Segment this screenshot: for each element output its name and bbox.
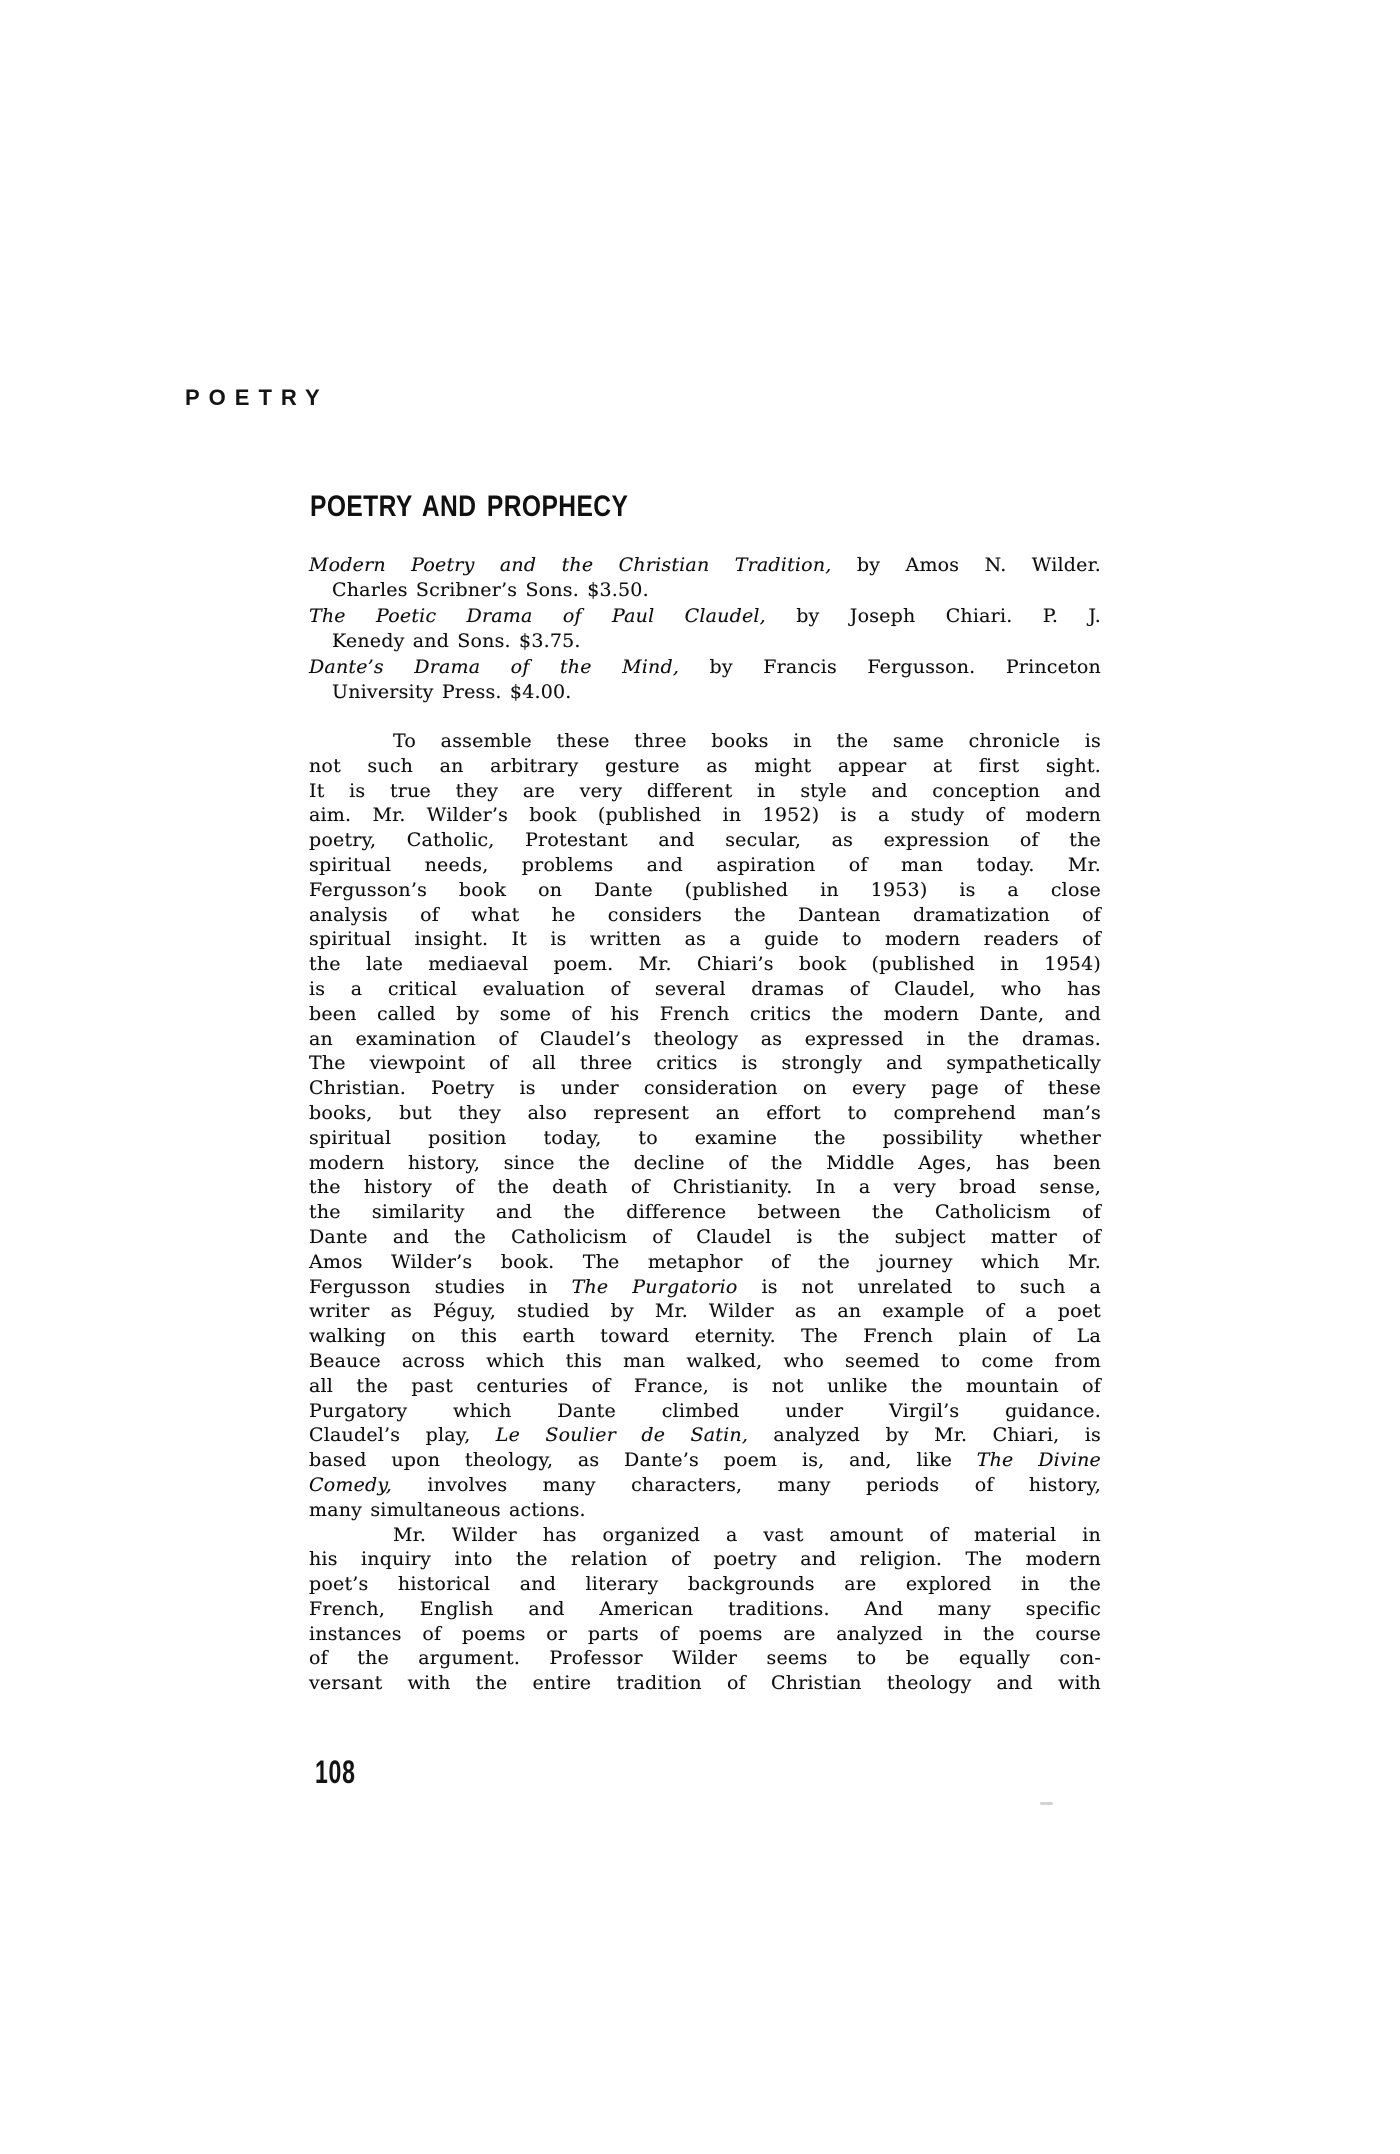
text-segment: Beauce across which this man walked, who…	[309, 1350, 1101, 1372]
citation-list: Modern Poetry and the Christian Traditio…	[309, 553, 1101, 705]
text-line: French, English and American traditions.…	[309, 1597, 1101, 1622]
text-segment: the late mediaeval poem. Mr. Chiari’s bo…	[309, 953, 1101, 975]
text-line: The viewpoint of all three critics is st…	[309, 1051, 1101, 1076]
text-segment: is not unrelated to such a	[738, 1276, 1101, 1298]
text-segment: spiritual insight. It is written as a gu…	[309, 928, 1101, 950]
text-segment: been called by some of his French critic…	[309, 1003, 1101, 1025]
text-line: analysis of what he considers the Dantea…	[309, 903, 1101, 928]
text-segment: many simultaneous actions.	[309, 1499, 586, 1521]
text-line: the similarity and the difference betwee…	[309, 1200, 1101, 1225]
text-segment: writer as Péguy, studied by Mr. Wilder a…	[309, 1300, 1101, 1322]
text-segment: not such an arbitrary gesture as might a…	[309, 755, 1101, 777]
text-line: Kenedy and Sons. $3.75.	[309, 629, 1101, 654]
text-line: poetry, Catholic, Protestant and secular…	[309, 828, 1101, 853]
body-text: To assemble these three books in the sam…	[309, 729, 1101, 1696]
text-line: an examination of Claudel’s theology as …	[309, 1027, 1101, 1052]
text-segment: Purgatory which Dante climbed under Virg…	[309, 1400, 1101, 1422]
text-segment: poet’s historical and literary backgroun…	[309, 1573, 1101, 1595]
running-head: POETRY	[185, 387, 329, 409]
text-line: been called by some of his French critic…	[309, 1002, 1101, 1027]
text-segment: books, but they also represent an effort…	[309, 1102, 1101, 1124]
text-line: his inquiry into the relation of poetry …	[309, 1547, 1101, 1572]
scanned-page: POETRY POETRY AND PROPHECY Modern Poetry…	[0, 0, 1400, 2154]
text-segment: aim. Mr. Wilder’s book (published in 195…	[309, 804, 1101, 826]
text-line: books, but they also represent an effort…	[309, 1101, 1101, 1126]
italic-segment: The Purgatorio	[572, 1276, 738, 1298]
text-line: all the past centuries of France, is not…	[309, 1374, 1101, 1399]
text-line: Comedy, involves many characters, many p…	[309, 1473, 1101, 1498]
text-line: Charles Scribner’s Sons. $3.50.	[309, 578, 1101, 603]
text-line: The Poetic Drama of Paul Claudel, by Jos…	[309, 604, 1101, 629]
text-line: Dante’s Drama of the Mind, by Francis Fe…	[309, 655, 1101, 680]
paragraph: To assemble these three books in the sam…	[309, 729, 1101, 1523]
text-segment: Amos Wilder’s book. The metaphor of the …	[309, 1251, 1101, 1273]
italic-segment: The Divine	[977, 1449, 1101, 1471]
text-segment: Fergusson’s book on Dante (published in …	[309, 879, 1101, 901]
text-line: spiritual position today, to examine the…	[309, 1126, 1101, 1151]
text-line: It is true they are very different in st…	[309, 779, 1101, 804]
text-segment: is a critical evaluation of several dram…	[309, 978, 1101, 1000]
italic-segment: Le Soulier de Satin,	[496, 1424, 748, 1446]
text-line: Amos Wilder’s book. The metaphor of the …	[309, 1250, 1101, 1275]
text-segment: The viewpoint of all three critics is st…	[309, 1052, 1101, 1074]
text-line: University Press. $4.00.	[309, 680, 1101, 705]
text-line: modern history, since the decline of the…	[309, 1151, 1101, 1176]
text-line: To assemble these three books in the sam…	[309, 729, 1101, 754]
text-segment: modern history, since the decline of the…	[309, 1152, 1101, 1174]
text-line: the late mediaeval poem. Mr. Chiari’s bo…	[309, 952, 1101, 977]
text-segment: Charles Scribner’s Sons. $3.50.	[332, 579, 649, 601]
text-line: Purgatory which Dante climbed under Virg…	[309, 1399, 1101, 1424]
text-segment: To assemble these three books in the sam…	[393, 730, 1101, 752]
text-segment: poetry, Catholic, Protestant and secular…	[309, 829, 1101, 851]
text-segment: spiritual position today, to examine the…	[309, 1127, 1101, 1149]
text-segment: It is true they are very different in st…	[309, 780, 1101, 802]
text-segment: spiritual needs, problems and aspiration…	[309, 854, 1101, 876]
text-segment: instances of poems or parts of poems are…	[309, 1623, 1101, 1645]
text-line: Dante and the Catholicism of Claudel is …	[309, 1225, 1101, 1250]
text-line: poet’s historical and literary backgroun…	[309, 1572, 1101, 1597]
text-segment: analyzed by Mr. Chiari, is	[748, 1424, 1101, 1446]
text-line: Christian. Poetry is under consideration…	[309, 1076, 1101, 1101]
text-line: Fergusson’s book on Dante (published in …	[309, 878, 1101, 903]
paragraph: Mr. Wilder has organized a vast amount o…	[309, 1523, 1101, 1697]
text-line: spiritual needs, problems and aspiration…	[309, 853, 1101, 878]
text-line: instances of poems or parts of poems are…	[309, 1622, 1101, 1647]
text-segment: the history of the death of Christianity…	[309, 1176, 1101, 1198]
text-segment: involves many characters, many periods o…	[392, 1474, 1101, 1496]
text-segment: Christian. Poetry is under consideration…	[309, 1077, 1101, 1099]
text-segment: Fergusson studies in	[309, 1276, 572, 1298]
text-line: aim. Mr. Wilder’s book (published in 195…	[309, 803, 1101, 828]
text-segment: an examination of Claudel’s theology as …	[309, 1028, 1101, 1050]
italic-segment: Dante’s Drama of the Mind,	[309, 656, 679, 678]
text-segment: Dante and the Catholicism of Claudel is …	[309, 1226, 1101, 1248]
text-line: is a critical evaluation of several dram…	[309, 977, 1101, 1002]
text-segment: analysis of what he considers the Dantea…	[309, 904, 1101, 926]
italic-segment: The Poetic Drama of Paul Claudel,	[309, 605, 766, 627]
text-segment: Claudel’s play,	[309, 1424, 496, 1446]
text-line: spiritual insight. It is written as a gu…	[309, 927, 1101, 952]
text-line: Claudel’s play, Le Soulier de Satin, ana…	[309, 1423, 1101, 1448]
text-segment: Kenedy and Sons. $3.75.	[332, 630, 581, 652]
text-segment: walking on this earth toward eternity. T…	[309, 1325, 1101, 1347]
text-line: Beauce across which this man walked, who…	[309, 1349, 1101, 1374]
italic-segment: Modern Poetry and the Christian Traditio…	[309, 554, 832, 576]
text-line: Fergusson studies in The Purgatorio is n…	[309, 1275, 1101, 1300]
text-segment: by Amos N. Wilder.	[832, 554, 1102, 576]
italic-segment: Comedy,	[309, 1474, 392, 1496]
text-segment: his inquiry into the relation of poetry …	[309, 1548, 1101, 1570]
text-line: Modern Poetry and the Christian Traditio…	[309, 553, 1101, 578]
text-segment: all the past centuries of France, is not…	[309, 1375, 1101, 1397]
text-segment: by Francis Fergusson. Princeton	[679, 656, 1101, 678]
text-segment: French, English and American traditions.…	[309, 1598, 1101, 1620]
text-segment: of the argument. Professor Wilder seems …	[309, 1647, 1101, 1669]
text-segment: based upon theology, as Dante’s poem is,…	[309, 1449, 977, 1471]
text-line: many simultaneous actions.	[309, 1498, 1101, 1523]
text-segment: University Press. $4.00.	[332, 681, 572, 703]
text-segment: the similarity and the difference betwee…	[309, 1201, 1101, 1223]
text-segment: versant with the entire tradition of Chr…	[309, 1672, 1101, 1694]
text-segment: Mr. Wilder has organized a vast amount o…	[393, 1524, 1101, 1546]
text-segment: by Joseph Chiari. P. J.	[766, 605, 1101, 627]
text-line: not such an arbitrary gesture as might a…	[309, 754, 1101, 779]
text-line: based upon theology, as Dante’s poem is,…	[309, 1448, 1101, 1473]
text-line: versant with the entire tradition of Chr…	[309, 1671, 1101, 1696]
page-number: 108	[315, 1756, 356, 1788]
text-line: Mr. Wilder has organized a vast amount o…	[309, 1523, 1101, 1548]
article-title: POETRY AND PROPHECY	[310, 492, 628, 522]
text-line: writer as Péguy, studied by Mr. Wilder a…	[309, 1299, 1101, 1324]
text-line: walking on this earth toward eternity. T…	[309, 1324, 1101, 1349]
text-line: of the argument. Professor Wilder seems …	[309, 1646, 1101, 1671]
text-line: the history of the death of Christianity…	[309, 1175, 1101, 1200]
scan-artifact	[1040, 1802, 1053, 1805]
